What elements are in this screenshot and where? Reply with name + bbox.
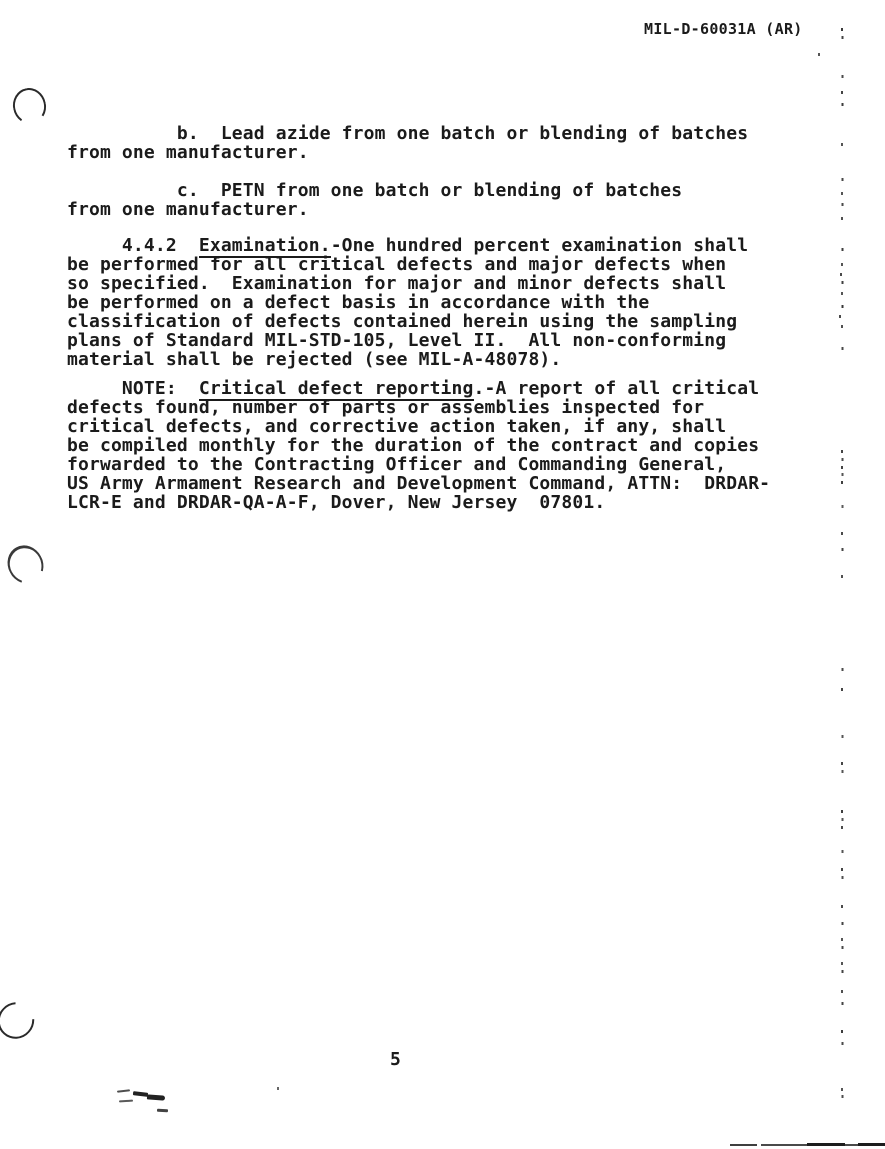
text-line: material shall be rejected (see MIL-A-48… <box>67 350 748 369</box>
page-number: 5 <box>390 1049 401 1070</box>
scan-noise-specks <box>841 28 843 31</box>
text-line: be compiled monthly for the duration of … <box>67 436 770 455</box>
pencil-smudge-mark <box>157 1109 168 1113</box>
note-label: NOTE: <box>67 378 199 399</box>
punch-hole-mark-middle <box>1 539 50 590</box>
text-line: c. PETN from one batch or blending of ba… <box>67 181 682 200</box>
text-line: critical defects, and corrective action … <box>67 417 770 436</box>
bottom-margin-line-segment <box>730 1144 757 1146</box>
text-line: from one manufacturer. <box>67 143 748 162</box>
text-line: from one manufacturer. <box>67 200 682 219</box>
paragraph-item-c: c. PETN from one batch or blending of ba… <box>67 181 682 219</box>
pencil-smudge-mark <box>147 1094 165 1100</box>
text-line: LCR-E and DRDAR-QA-A-F, Dover, New Jerse… <box>67 493 770 512</box>
note-critical-defect-reporting: NOTE: Critical defect reporting.-A repor… <box>67 379 770 512</box>
text-line: b. Lead azide from one batch or blending… <box>67 124 748 143</box>
text-line: defects found, number of parts or assemb… <box>67 398 770 417</box>
text-line: classification of defects contained here… <box>67 312 748 331</box>
paragraph-item-b: b. Lead azide from one batch or blending… <box>67 124 748 162</box>
bottom-margin-line-segment <box>807 1143 845 1146</box>
section-text: -One hundred percent examination shall <box>331 235 749 256</box>
text-line: forwarded to the Contracting Officer and… <box>67 455 770 474</box>
text-line: 4.4.2 Examination.-One hundred percent e… <box>67 236 748 255</box>
text-line: US Army Armament Research and Developmen… <box>67 474 770 493</box>
text-line: be performed on a defect basis in accord… <box>67 293 748 312</box>
bottom-margin-line-segment <box>858 1143 885 1147</box>
text-line: NOTE: Critical defect reporting.-A repor… <box>67 379 770 398</box>
pencil-smudge-mark <box>119 1100 133 1103</box>
scanned-document-page: MIL-D-60031A (AR) b. Lead azide from one… <box>0 0 885 1149</box>
document-number-header: MIL-D-60031A (AR) <box>644 20 803 38</box>
pencil-smudge-mark <box>117 1089 130 1092</box>
text-line: be performed for all critical defects an… <box>67 255 748 274</box>
pencil-smudge-mark <box>133 1091 148 1097</box>
punch-hole-mark-top <box>10 85 50 127</box>
punch-hole-mark-bottom <box>0 995 42 1047</box>
section-4-4-2-examination: 4.4.2 Examination.-One hundred percent e… <box>67 236 748 369</box>
text-line: so specified. Examination for major and … <box>67 274 748 293</box>
text-line: plans of Standard MIL-STD-105, Level II.… <box>67 331 748 350</box>
section-number: 4.4.2 <box>67 235 199 256</box>
note-text: .-A report of all critical <box>474 378 760 399</box>
